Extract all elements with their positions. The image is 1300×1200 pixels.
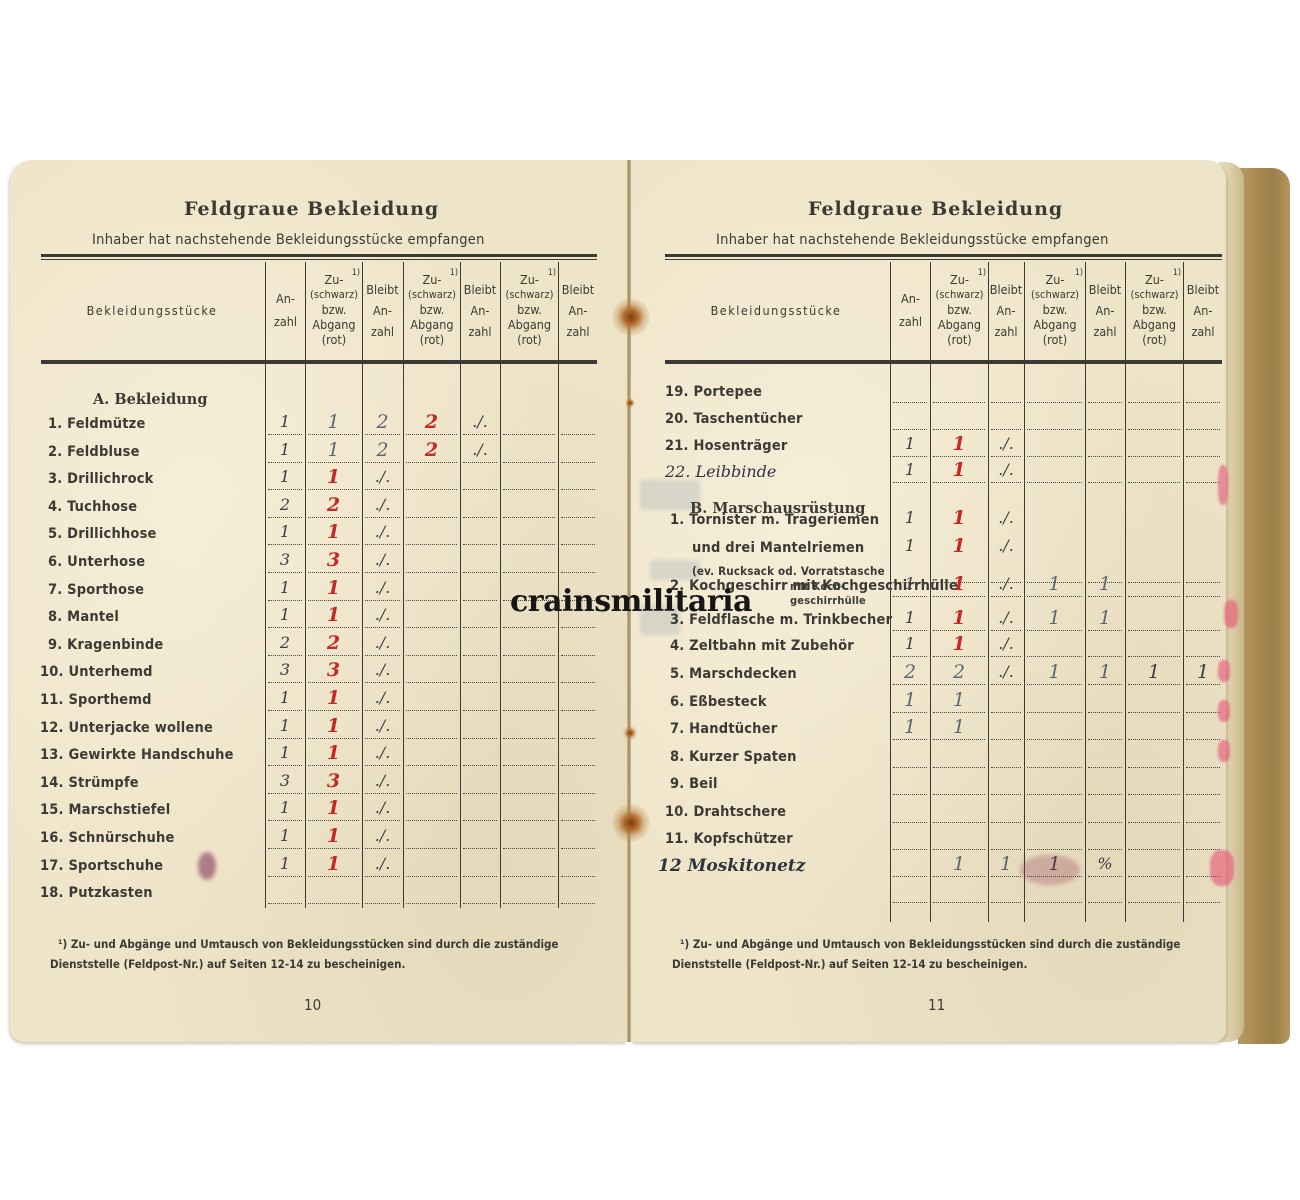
- handwritten-zu1: 1: [316, 743, 352, 763]
- handwritten-zu1: 1: [316, 716, 352, 736]
- header-text: An-: [558, 303, 598, 318]
- cell-dotted-line: [406, 848, 457, 849]
- cell-dotted-line: [561, 848, 595, 849]
- header-text: zahl: [558, 324, 598, 339]
- cell-dotted-line: [308, 903, 359, 904]
- handwritten-zu2: 1: [1037, 574, 1073, 594]
- cell-dotted-line: [365, 655, 400, 656]
- header-bleibt-2: Bleibt An- zahl: [460, 282, 500, 339]
- header-zu-abgang-1: 1) Zu- (schwarz) bzw. Abgang (rot): [931, 272, 988, 347]
- footnote-line: ¹) Zu- und Abgänge und Umtausch von Bekl…: [672, 934, 1180, 954]
- handwritten-zu1: 1: [316, 826, 352, 846]
- handwritten-zu1: 1: [316, 522, 352, 542]
- handwritten-zu3: 1: [1136, 662, 1172, 682]
- watermark-text: crainsmilitaria: [510, 584, 752, 619]
- cell-dotted-line: [1088, 902, 1122, 903]
- header-text: (rot): [931, 332, 988, 347]
- cell-dotted-line: [893, 767, 927, 768]
- footnote-ref: 1): [1173, 266, 1181, 281]
- cell-dotted-line: [991, 630, 1021, 631]
- cell-dotted-line: [893, 684, 927, 685]
- cell-dotted-line: [268, 738, 302, 739]
- row-label: 2. Feldbluse: [48, 444, 140, 460]
- cell-dotted-line: [463, 738, 497, 739]
- cell-dotted-line: [561, 793, 595, 794]
- cell-dotted-line: [503, 876, 555, 877]
- row-label: 9. Beil: [670, 776, 718, 792]
- handwritten-bleibt1: ./.: [365, 688, 401, 708]
- cell-dotted-line: [1128, 712, 1180, 713]
- cell-dotted-line: [561, 820, 595, 821]
- cell-dotted-line: [365, 903, 400, 904]
- header-text: bzw.: [501, 302, 558, 317]
- handwritten-anzahl: 1: [267, 716, 303, 736]
- right-page-title: Feldgraue Bekleidung: [808, 198, 1063, 220]
- cell-dotted-line: [463, 848, 497, 849]
- cell-dotted-line: [268, 489, 302, 490]
- handwritten-bleibt1: ./.: [988, 434, 1024, 454]
- cell-dotted-line: [893, 876, 927, 877]
- cell-dotted-line: [1186, 684, 1220, 685]
- right-footnote: ¹) Zu- und Abgänge und Umtausch von Bekl…: [672, 934, 1180, 974]
- row-label: 5. Drillichhose: [48, 526, 157, 542]
- handwritten-anzahl: 1: [267, 826, 303, 846]
- cell-dotted-line: [1128, 767, 1180, 768]
- cell-dotted-line: [308, 462, 359, 463]
- handwritten-zu1: 1: [316, 467, 352, 487]
- cell-dotted-line: [933, 822, 985, 823]
- cell-dotted-line: [1128, 739, 1180, 740]
- header-zu-abgang-3: 1) Zu- (schwarz) bzw. Abgang (rot): [1126, 272, 1183, 347]
- handwritten-zu1: 1: [316, 798, 352, 818]
- header-text: (rot): [1126, 332, 1183, 347]
- header-text: An-: [460, 303, 500, 318]
- handwritten-zu1: 1: [941, 717, 977, 737]
- cell-dotted-line: [463, 434, 497, 435]
- header-bleibt-1: Bleibt An- zahl: [362, 282, 403, 339]
- column-divider: [1024, 262, 1025, 922]
- handwritten-zu1: 2: [941, 662, 977, 682]
- cell-dotted-line: [1186, 712, 1220, 713]
- cell-dotted-line: [991, 596, 1021, 597]
- cell-dotted-line: [561, 544, 595, 545]
- column-divider: [362, 262, 363, 908]
- handwritten-zu1: 1: [941, 508, 977, 528]
- handwritten-zu1: 3: [316, 550, 352, 570]
- cell-dotted-line: [893, 596, 927, 597]
- cell-dotted-line: [308, 627, 359, 628]
- cell-dotted-line: [1186, 596, 1220, 597]
- cell-dotted-line: [308, 682, 359, 683]
- row-label: 4. Zeltbahn mit Zubehör: [670, 638, 854, 654]
- cell-dotted-line: [1088, 767, 1122, 768]
- header-anzahl: An- zahl: [266, 291, 305, 329]
- cell-dotted-line: [463, 544, 497, 545]
- handwritten-bleibt1: ./.: [365, 798, 401, 818]
- row-label: 13. Gewirkte Handschuhe: [40, 747, 234, 763]
- handwritten-anzahl: 1: [892, 634, 928, 654]
- cell-dotted-line: [308, 793, 359, 794]
- header-text: (rot): [501, 332, 558, 347]
- handwritten-bleibt1: 2: [365, 412, 401, 432]
- cell-dotted-line: [406, 682, 457, 683]
- cell-dotted-line: [268, 462, 302, 463]
- handwritten-anzahl: 1: [892, 574, 928, 594]
- row-label: 9. Kragenbinde: [48, 637, 163, 653]
- header-text: Abgang: [1126, 317, 1183, 332]
- handwritten-bleibt2: %: [1087, 854, 1123, 874]
- header-zu-abgang-1: 1) Zu- (schwarz) bzw. Abgang (rot): [306, 272, 362, 347]
- cell-dotted-line: [503, 848, 555, 849]
- handwritten-bleibt2: 1: [1087, 662, 1123, 682]
- row-label: 1. Feldmütze: [48, 416, 146, 432]
- cell-dotted-line: [365, 434, 400, 435]
- section-b-heading: B. Marschausrüstung: [690, 500, 865, 517]
- cell-dotted-line: [1186, 429, 1220, 430]
- cell-dotted-line: [1128, 456, 1180, 457]
- header-text: Bleibt: [1183, 282, 1223, 297]
- column-divider: [305, 262, 306, 908]
- handwritten-bleibt3: 1: [1185, 662, 1221, 682]
- cell-dotted-line: [463, 627, 497, 628]
- row-label: 21. Hosenträger: [665, 438, 788, 454]
- cell-dotted-line: [1128, 656, 1180, 657]
- book-cover-edge: [1238, 168, 1290, 1044]
- cell-dotted-line: [365, 710, 400, 711]
- cell-dotted-line: [503, 710, 555, 711]
- header-bleibt-3: Bleibt An- zahl: [1183, 282, 1223, 339]
- cell-dotted-line: [268, 544, 302, 545]
- cell-dotted-line: [503, 903, 555, 904]
- handwritten-zu1: 1: [316, 688, 352, 708]
- handwritten-bleibt1: ./.: [365, 605, 401, 625]
- row-label: 10. Unterhemd: [40, 664, 153, 680]
- cell-dotted-line: [1027, 482, 1082, 483]
- footnote-ref: 1): [450, 266, 458, 281]
- cell-dotted-line: [268, 627, 302, 628]
- cell-dotted-line: [933, 876, 985, 877]
- handwritten-bleibt1: ./.: [988, 508, 1024, 528]
- cell-dotted-line: [1027, 822, 1082, 823]
- cell-dotted-line: [1027, 767, 1082, 768]
- cell-dotted-line: [991, 656, 1021, 657]
- column-divider: [500, 262, 501, 908]
- handwritten-anzahl: 3: [267, 771, 303, 791]
- cell-dotted-line: [268, 434, 302, 435]
- staple-stain-bottom: [612, 804, 650, 842]
- cell-dotted-line: [991, 456, 1021, 457]
- cell-dotted-line: [1128, 630, 1180, 631]
- cell-dotted-line: [1027, 902, 1082, 903]
- handwritten-anzahl: 3: [267, 550, 303, 570]
- handwritten-anzahl: 1: [267, 854, 303, 874]
- handwritten-anzahl: 2: [892, 662, 928, 682]
- cell-dotted-line: [1186, 767, 1220, 768]
- cell-dotted-line: [365, 820, 400, 821]
- cell-dotted-line: [1186, 482, 1220, 483]
- header-zu-abgang-2: 1) Zu- (schwarz) bzw. Abgang (rot): [1025, 272, 1085, 347]
- cell-dotted-line: [1088, 822, 1122, 823]
- cell-dotted-line: [268, 682, 302, 683]
- cell-dotted-line: [406, 434, 457, 435]
- cell-dotted-line: [1088, 429, 1122, 430]
- handwritten-bleibt1: ./.: [365, 522, 401, 542]
- header-text: Abgang: [404, 317, 460, 332]
- row-sublabel: geschirrhülle: [790, 594, 866, 607]
- cell-dotted-line: [308, 655, 359, 656]
- handwritten-anzahl: 1: [267, 467, 303, 487]
- cell-dotted-line: [268, 793, 302, 794]
- handwritten-anzahl: 1: [267, 605, 303, 625]
- cell-dotted-line: [406, 655, 457, 656]
- header-text: (schwarz): [404, 287, 460, 302]
- cell-dotted-line: [933, 596, 985, 597]
- cell-dotted-line: [1027, 739, 1082, 740]
- cell-dotted-line: [463, 600, 497, 601]
- cell-dotted-line: [268, 903, 302, 904]
- row-sublabel: mit Koch-: [790, 580, 845, 593]
- cell-dotted-line: [1088, 849, 1122, 850]
- row-label: 11. Sporthemd: [40, 692, 152, 708]
- cell-dotted-line: [463, 462, 497, 463]
- cell-dotted-line: [991, 794, 1021, 795]
- handwritten-zu1: 1: [316, 854, 352, 874]
- cell-dotted-line: [933, 684, 985, 685]
- header-text: An-: [988, 303, 1024, 318]
- cell-dotted-line: [503, 738, 555, 739]
- row-label: 7. Handtücher: [670, 721, 777, 737]
- cell-dotted-line: [365, 544, 400, 545]
- cell-dotted-line: [503, 655, 555, 656]
- cell-dotted-line: [365, 793, 400, 794]
- cell-dotted-line: [1088, 482, 1122, 483]
- header-text: An-: [266, 291, 305, 306]
- red-stamp-mark: [1218, 700, 1230, 722]
- cell-dotted-line: [991, 429, 1021, 430]
- handwritten-bleibt1: ./.: [365, 578, 401, 598]
- row-label: 16. Schnürschuhe: [40, 830, 175, 846]
- cell-dotted-line: [561, 627, 595, 628]
- cell-dotted-line: [893, 630, 927, 631]
- cell-dotted-line: [268, 820, 302, 821]
- handwritten-anzahl: 1: [267, 522, 303, 542]
- cell-dotted-line: [1088, 630, 1122, 631]
- row-label: 20. Taschentücher: [665, 411, 803, 427]
- cell-dotted-line: [561, 655, 595, 656]
- cell-dotted-line: [1186, 849, 1220, 850]
- cell-dotted-line: [1186, 630, 1220, 631]
- cell-dotted-line: [365, 462, 400, 463]
- cell-dotted-line: [268, 765, 302, 766]
- handwritten-anzahl: 1: [267, 440, 303, 460]
- cell-dotted-line: [1128, 684, 1180, 685]
- handwritten-anzahl: 1: [892, 508, 928, 528]
- cell-dotted-line: [1128, 596, 1180, 597]
- cell-dotted-line: [406, 600, 457, 601]
- handwritten-anzahl: 1: [267, 412, 303, 432]
- handwritten-item-12: 12 Moskitonetz: [658, 856, 805, 876]
- cell-dotted-line: [893, 794, 927, 795]
- cell-dotted-line: [933, 794, 985, 795]
- handwritten-zu1: 3: [316, 771, 352, 791]
- cell-dotted-line: [991, 876, 1021, 877]
- cell-dotted-line: [365, 517, 400, 518]
- handwritten-bleibt1: ./.: [365, 660, 401, 680]
- header-anzahl: An- zahl: [891, 291, 930, 329]
- ink-smudge: [1020, 855, 1080, 885]
- ink-smudge: [198, 852, 216, 880]
- row-label: 18. Putzkasten: [40, 885, 153, 901]
- staple-hole: [623, 726, 637, 740]
- cell-dotted-line: [1186, 822, 1220, 823]
- cell-dotted-line: [365, 572, 400, 573]
- cell-dotted-line: [463, 903, 497, 904]
- cell-dotted-line: [1088, 456, 1122, 457]
- cell-dotted-line: [1088, 712, 1122, 713]
- row-label: 12. Unterjacke wollene: [40, 720, 213, 736]
- header-text: zahl: [988, 324, 1024, 339]
- cell-dotted-line: [308, 489, 359, 490]
- header-text: zahl: [891, 314, 930, 329]
- cell-dotted-line: [503, 820, 555, 821]
- cell-dotted-line: [1027, 456, 1082, 457]
- header-text: (rot): [404, 332, 460, 347]
- header-text: An-: [891, 291, 930, 306]
- handwritten-bleibt1: ./.: [988, 574, 1024, 594]
- handwritten-zu2: 1: [1037, 608, 1073, 628]
- handwritten-zu1: 1: [941, 460, 977, 480]
- cell-dotted-line: [463, 517, 497, 518]
- header-text: (schwarz): [1126, 287, 1183, 302]
- row-label: 3. Drillichrock: [48, 471, 154, 487]
- header-bleibt-3: Bleibt An- zahl: [558, 282, 598, 339]
- cell-dotted-line: [406, 544, 457, 545]
- handwritten-bleibt2: 1: [1087, 574, 1123, 594]
- row-label: 6. Eßbesteck: [670, 694, 767, 710]
- row-label: 4. Tuchhose: [48, 499, 137, 515]
- cell-dotted-line: [1128, 429, 1180, 430]
- cell-dotted-line: [893, 402, 927, 403]
- left-page-subtitle: Inhaber hat nachstehende Bekleidungsstüc…: [92, 232, 485, 248]
- handwritten-anzahl: 1: [267, 798, 303, 818]
- cell-dotted-line: [268, 848, 302, 849]
- left-page-title: Feldgraue Bekleidung: [184, 198, 439, 220]
- cell-dotted-line: [308, 572, 359, 573]
- handwritten-zu2: 1: [1037, 662, 1073, 682]
- cell-dotted-line: [933, 656, 985, 657]
- table-top-rule: [41, 254, 597, 260]
- cell-dotted-line: [1186, 582, 1220, 583]
- cell-dotted-line: [463, 876, 497, 877]
- cell-dotted-line: [406, 489, 457, 490]
- cell-dotted-line: [406, 572, 457, 573]
- row-label: 15. Marschstiefel: [40, 802, 170, 818]
- cell-dotted-line: [1088, 876, 1122, 877]
- cell-dotted-line: [991, 684, 1021, 685]
- red-stamp-mark: [1218, 740, 1230, 762]
- handwritten-bleibt1: ./.: [365, 743, 401, 763]
- cell-dotted-line: [406, 765, 457, 766]
- cell-dotted-line: [365, 765, 400, 766]
- cell-dotted-line: [893, 739, 927, 740]
- cell-dotted-line: [308, 600, 359, 601]
- cell-dotted-line: [1088, 739, 1122, 740]
- column-divider: [403, 262, 404, 908]
- header-text: Bleibt: [558, 282, 598, 297]
- handwritten-zu1: 1: [316, 412, 352, 432]
- cell-dotted-line: [1128, 902, 1180, 903]
- header-text: Bleibt: [362, 282, 403, 297]
- cell-dotted-line: [308, 710, 359, 711]
- cell-dotted-line: [561, 710, 595, 711]
- cell-dotted-line: [503, 793, 555, 794]
- cell-dotted-line: [268, 655, 302, 656]
- cell-dotted-line: [503, 462, 555, 463]
- cell-dotted-line: [463, 793, 497, 794]
- cell-dotted-line: [561, 765, 595, 766]
- handwritten-bleibt1: ./.: [988, 634, 1024, 654]
- cell-dotted-line: [503, 765, 555, 766]
- cell-dotted-line: [933, 902, 985, 903]
- left-footnote: ¹) Zu- und Abgänge und Umtausch von Bekl…: [50, 934, 558, 974]
- handwritten-zu1: 1: [941, 854, 977, 874]
- handwritten-zu1: 1: [316, 440, 352, 460]
- cell-dotted-line: [561, 682, 595, 683]
- handwritten-zu1: 3: [316, 660, 352, 680]
- cell-dotted-line: [991, 822, 1021, 823]
- header-text: An-: [1085, 303, 1125, 318]
- cell-dotted-line: [1186, 656, 1220, 657]
- cell-dotted-line: [308, 517, 359, 518]
- header-text: Abgang: [306, 317, 362, 332]
- handwritten-bleibt1: ./.: [365, 771, 401, 791]
- handwritten-anzahl: 2: [267, 495, 303, 515]
- cell-dotted-line: [463, 489, 497, 490]
- header-text: bzw.: [306, 302, 362, 317]
- cell-dotted-line: [561, 738, 595, 739]
- row-label: 14. Strümpfe: [40, 775, 139, 791]
- handwritten-zu1: 1: [316, 605, 352, 625]
- red-stamp-mark: [1218, 465, 1228, 505]
- column-divider: [1125, 262, 1126, 922]
- cell-dotted-line: [268, 572, 302, 573]
- cell-dotted-line: [991, 902, 1021, 903]
- cell-dotted-line: [503, 572, 555, 573]
- cell-dotted-line: [463, 820, 497, 821]
- row-label: (ev. Rucksack od. Vorratstasche: [692, 564, 885, 578]
- staple-stain-top: [612, 298, 650, 336]
- header-text: zahl: [266, 314, 305, 329]
- cell-dotted-line: [365, 627, 400, 628]
- header-text: (rot): [306, 332, 362, 347]
- cell-dotted-line: [1088, 656, 1122, 657]
- footnote-ref: 1): [548, 266, 556, 281]
- cell-dotted-line: [503, 544, 555, 545]
- cell-dotted-line: [1027, 656, 1082, 657]
- cell-dotted-line: [365, 876, 400, 877]
- handwritten-bleibt1: ./.: [365, 716, 401, 736]
- table-header-rule: [41, 360, 597, 364]
- cell-dotted-line: [1088, 684, 1122, 685]
- cell-dotted-line: [933, 429, 985, 430]
- cell-dotted-line: [1088, 402, 1122, 403]
- cell-dotted-line: [503, 434, 555, 435]
- handwritten-bleibt1: 2: [365, 440, 401, 460]
- handwritten-anzahl: 1: [267, 578, 303, 598]
- cell-dotted-line: [1027, 794, 1082, 795]
- header-text: (schwarz): [306, 287, 362, 302]
- cell-dotted-line: [1186, 739, 1220, 740]
